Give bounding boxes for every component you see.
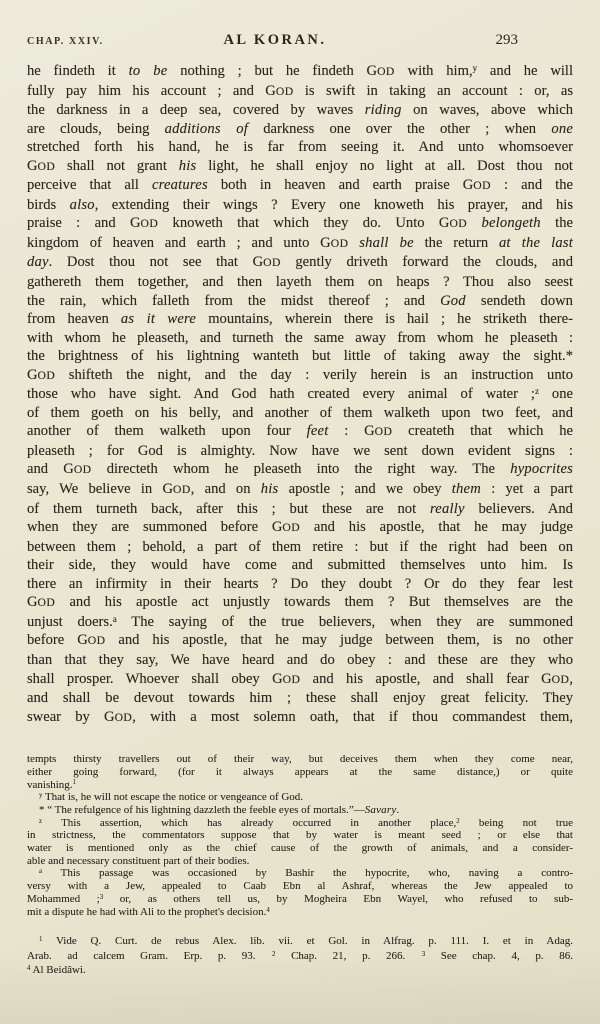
text-column: he findeth it to be nothing ; but he fin…	[27, 48, 573, 977]
text-line: kingdom of heaven and earth ; and unto G…	[27, 234, 573, 254]
text-line: day. Dost thou not see that GOD gently d…	[27, 253, 573, 273]
text-line: than that they say, We have heard and do…	[27, 651, 573, 670]
text-line: * “ The refulgence of his lightning dazz…	[27, 804, 573, 817]
text-line: their side, they would have come and sub…	[27, 556, 573, 575]
text-line: with whom he pleaseth, and turneth the s…	[27, 329, 573, 348]
text-line: a This passage was occasioned by Bashir …	[27, 867, 573, 880]
running-title: AL KORAN.	[172, 32, 378, 49]
text-line: of them goeth on his belly, and another …	[27, 404, 573, 423]
text-line: pleaseth ; for God is almighty. Now have…	[27, 442, 573, 461]
text-line: when they are summoned before GOD and hi…	[27, 518, 573, 538]
footnote-paragraph: * “ The refulgence of his lightning dazz…	[27, 804, 573, 817]
text-line: Arab. ad calcem Gram. Erp. p. 93. 2 Chap…	[27, 949, 573, 963]
text-line: between them ; behold, a part of them re…	[27, 538, 573, 557]
text-line: either going forward, (for it always app…	[27, 766, 573, 779]
text-line: versy with a Jew, appealed to Caab Ebn a…	[27, 880, 573, 893]
text-line: able and necessary constituent part of t…	[27, 855, 573, 868]
text-line: he findeth it to be nothing ; but he fin…	[27, 62, 573, 82]
text-line: gathereth them together, and then layeth…	[27, 273, 573, 292]
text-line: birds also, extending their wings ? Ever…	[27, 196, 573, 215]
text-line: there an infirmity in their hearts ? Do …	[27, 575, 573, 594]
text-line: water is mentioned only as the chief cau…	[27, 842, 573, 855]
text-line: say, We believe in GOD, and on his apost…	[27, 480, 573, 500]
footnotes: tempts thirsty travellers out of their w…	[27, 753, 573, 918]
footnote-paragraph: y That is, he will not escape the notice…	[27, 791, 573, 804]
text-line: of them turneth back, after this ; but t…	[27, 500, 573, 519]
text-line: and GOD directeth whom he pleaseth into …	[27, 460, 573, 480]
text-line: swear by GOD, with a most solemn oath, t…	[27, 708, 573, 728]
text-line: before GOD and his apostle, that he may …	[27, 631, 573, 651]
text-line: the darkness in a deep sea, covered by w…	[27, 101, 573, 120]
text-line: from heaven as it were mountains, wherei…	[27, 310, 573, 329]
text-line: praise : and GOD knoweth that which they…	[27, 214, 573, 234]
footnote-paragraph: tempts thirsty travellers out of their w…	[27, 753, 573, 791]
reference-notes: 1 Vide Q. Curt. de rebus Alex. lib. vii.…	[27, 934, 573, 977]
text-line: 1 Vide Q. Curt. de rebus Alex. lib. vii.…	[27, 934, 573, 948]
text-line: GOD and his apostle act unjustly towards…	[27, 593, 573, 613]
text-line: unjust doers.a The saying of the true be…	[27, 613, 573, 632]
text-line: vanishing.1	[27, 779, 573, 792]
text-line: 4 Al Beidâwi.	[27, 963, 573, 977]
text-line: Mohammed ;3 or, as others tell us, by Mo…	[27, 893, 573, 906]
text-line: GOD shall not grant his light, he shall …	[27, 157, 573, 177]
text-line: are clouds, being additions of darkness …	[27, 120, 573, 139]
page-number: 293	[403, 32, 573, 49]
text-line: stretched forth his hand, he is far from…	[27, 138, 573, 157]
footnote-paragraph: z This assertion, which has already occu…	[27, 817, 573, 868]
text-line: the rain, which falleth from the midst t…	[27, 292, 573, 311]
text-line: y That is, he will not escape the notice…	[27, 791, 573, 804]
text-line: fully pay him his account ; and GOD is s…	[27, 82, 573, 102]
text-line: mit a dispute he had with Ali to the pro…	[27, 906, 573, 919]
text-line: another of them walketh upon four feet :…	[27, 422, 573, 442]
reference-paragraph: 1 Vide Q. Curt. de rebus Alex. lib. vii.…	[27, 934, 573, 977]
text-line: in strictness, the commentators suppose …	[27, 829, 573, 842]
text-line: perceive that all creatures both in heav…	[27, 176, 573, 196]
text-line: shall prosper. Whoever shall obey GOD an…	[27, 670, 573, 690]
text-line: z This assertion, which has already occu…	[27, 817, 573, 830]
text-line: the brightness of his lightning wanteth …	[27, 347, 573, 366]
text-line: GOD shifteth the night, and the day : ve…	[27, 366, 573, 386]
body-text: he findeth it to be nothing ; but he fin…	[27, 62, 573, 727]
text-line: and shall be devout towards him ; these …	[27, 689, 573, 708]
book-page: CHAP. XXIV. AL KORAN. 293 he findeth it …	[0, 0, 600, 1024]
text-line: those who have sight. And God hath creat…	[27, 385, 573, 404]
page-header: CHAP. XXIV. AL KORAN. 293	[27, 0, 573, 49]
text-line: tempts thirsty travellers out of their w…	[27, 753, 573, 766]
footnote-paragraph: a This passage was occasioned by Bashir …	[27, 867, 573, 918]
